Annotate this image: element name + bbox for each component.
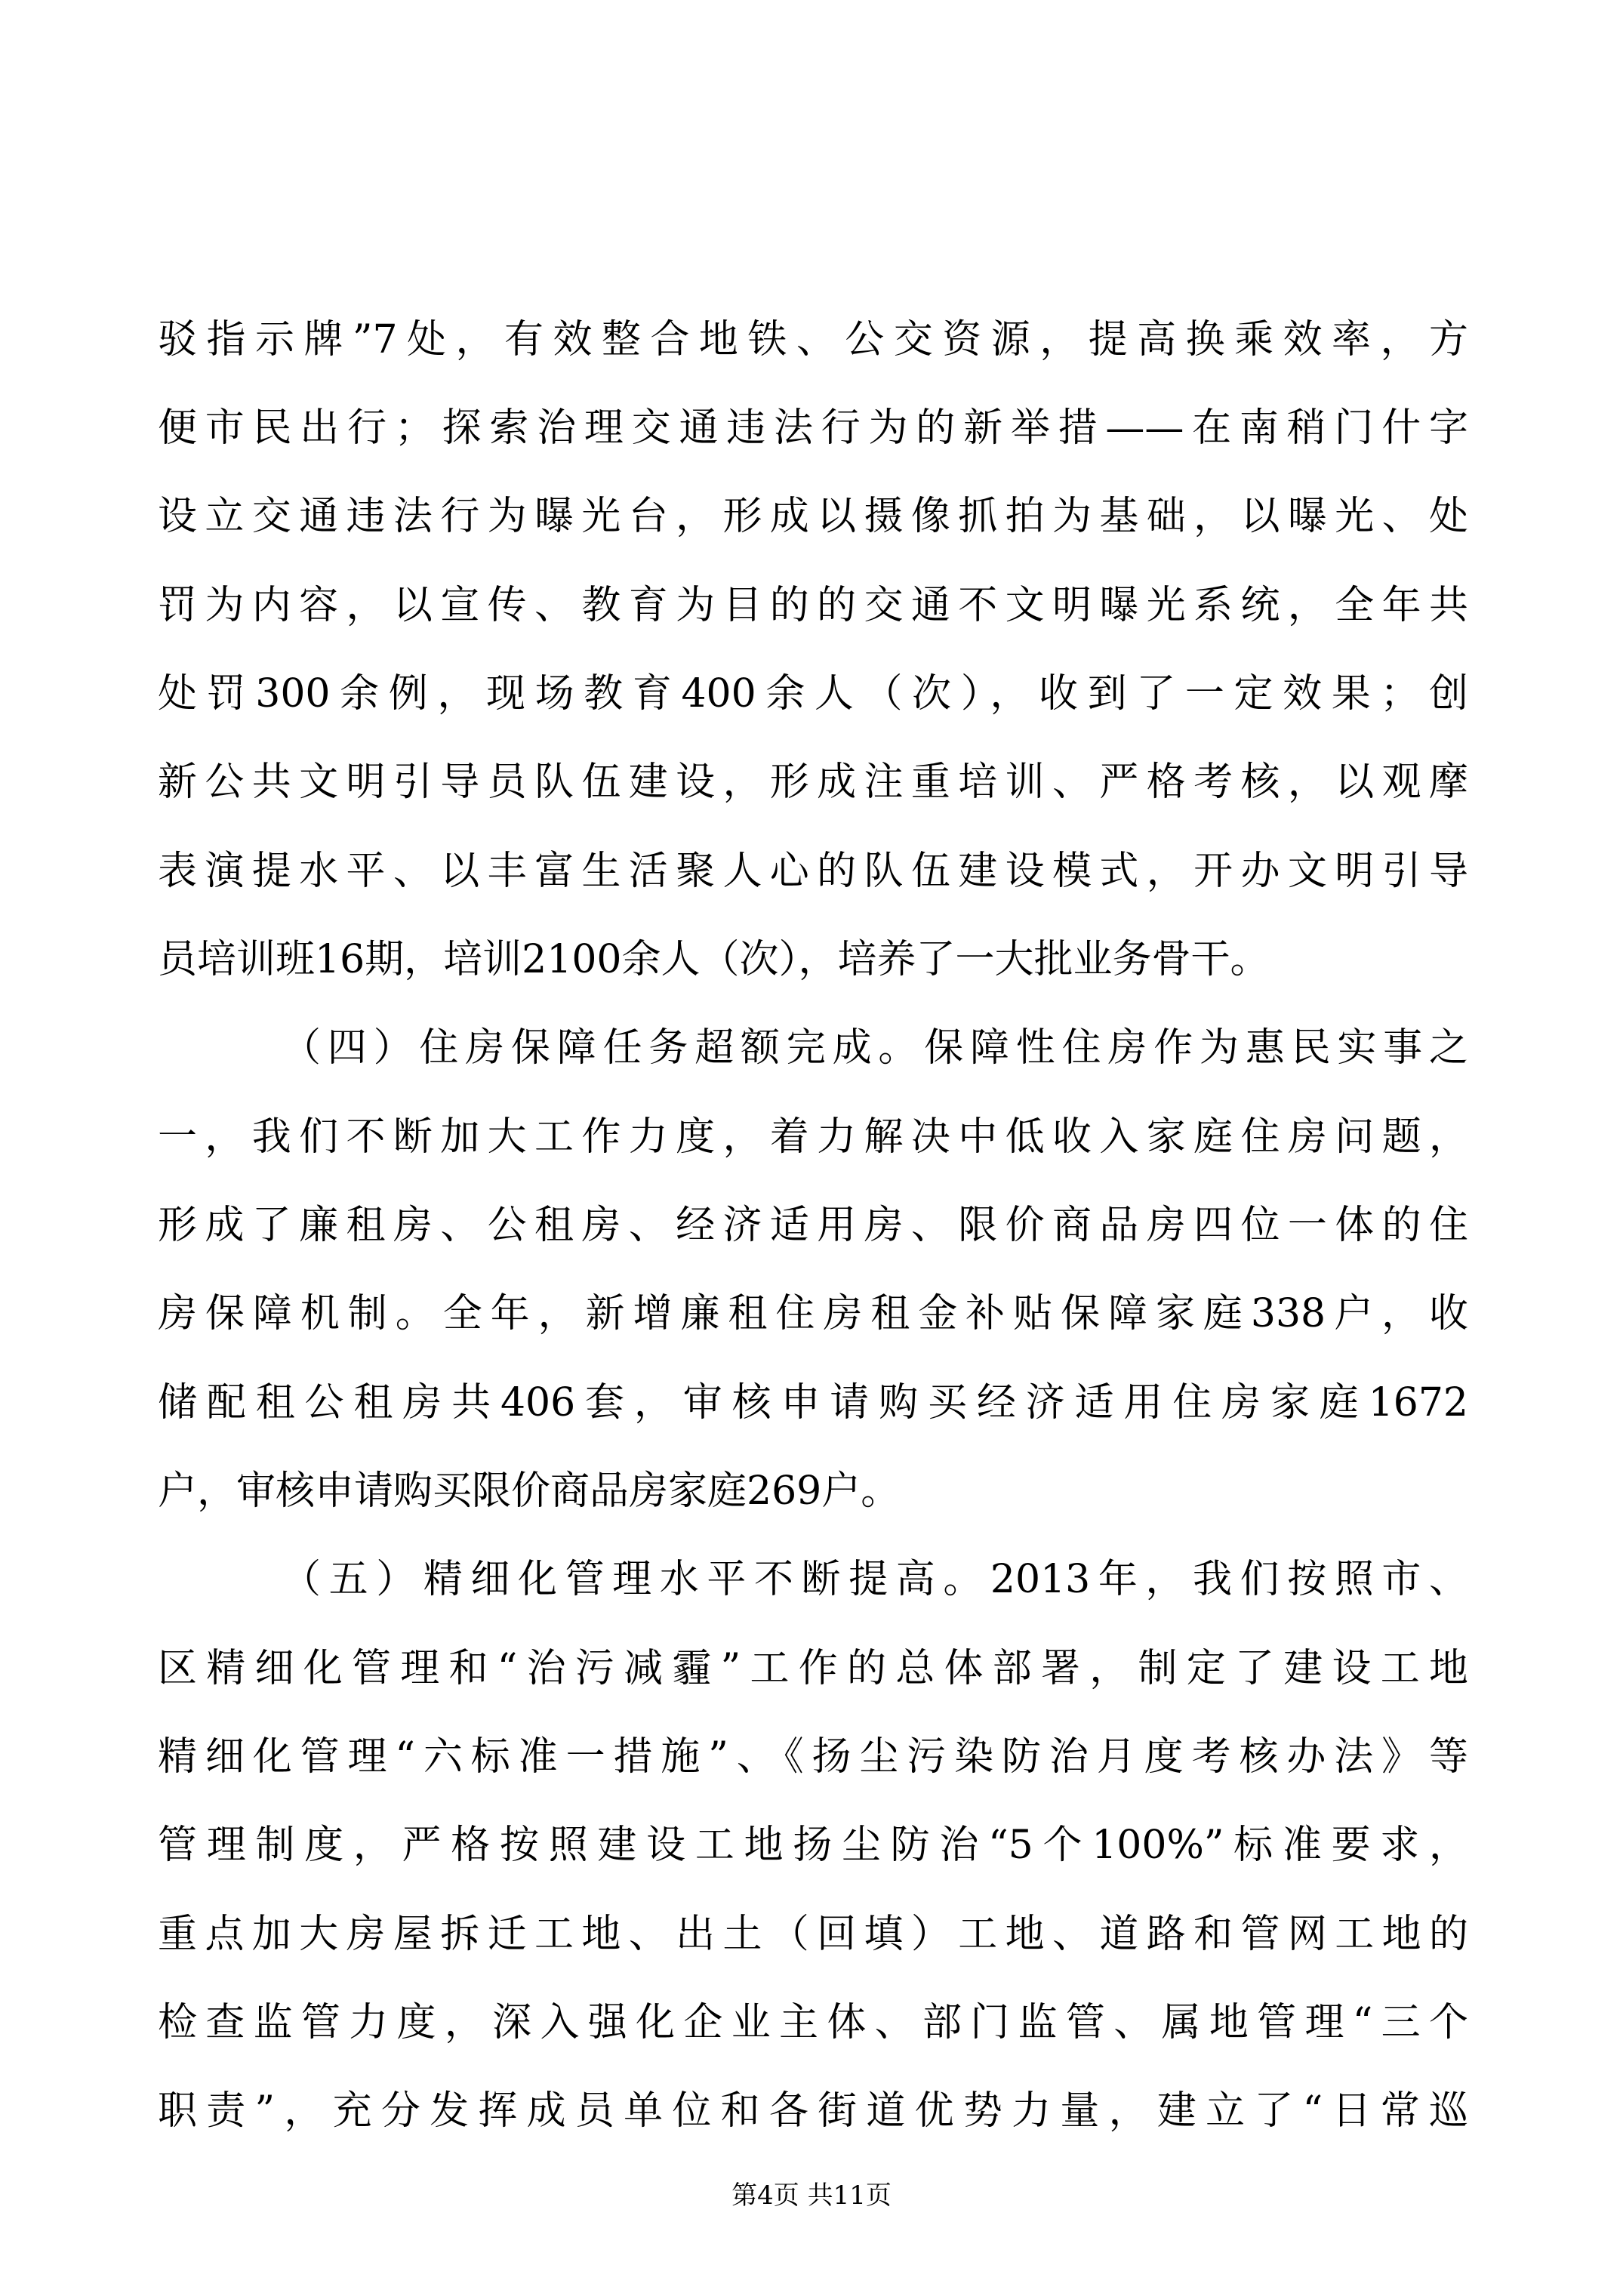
body-line: 储配租公租房共406套，审核申请购买经济适用住房家庭1672 <box>158 1359 1468 1447</box>
body-line: 新公共文明引导员队伍建设，形成注重培训、严格考核，以观摩 <box>158 738 1468 827</box>
body-line: 房保障机制。全年，新增廉租住房租金补贴保障家庭338户，收 <box>158 1270 1468 1358</box>
body-line: 设立交通违法行为曝光台，形成以摄像抓拍为基础，以曝光、处 <box>158 473 1468 561</box>
body-line: 职责”，充分发挥成员单位和各街道优势力量，建立了“日常巡 <box>158 2067 1468 2156</box>
body-line: 员培训班16期，培训2100余人（次），培养了一大批业务骨干。 <box>158 916 1468 1004</box>
body-line: 驳指示牌”7处，有效整合地铁、公交资源，提高换乘效率，方 <box>158 296 1468 384</box>
section-heading-line: （四）住房保障任务超额完成。保障性住房作为惠民实事之 <box>158 1004 1468 1093</box>
section-heading-line: （五）精细化管理水平不断提高。2013年，我们按照市、 <box>158 1536 1468 1624</box>
body-line: 管理制度，严格按照建设工地扬尘防治“5个100%”标准要求， <box>158 1801 1468 1890</box>
body-line: 检查监管力度，深入强化企业主体、部门监管、属地管理“三个 <box>158 1979 1468 2067</box>
body-line: 表演提水平、以丰富生活聚人心的队伍建设模式，开办文明引导 <box>158 827 1468 916</box>
body-line: 便市民出行；探索治理交通违法行为的新举措——在南稍门什字 <box>158 384 1468 473</box>
document-page: 驳指示牌”7处，有效整合地铁、公交资源，提高换乘效率，方 便市民出行；探索治理交… <box>0 0 1623 2296</box>
body-line: 形成了廉租房、公租房、经济适用房、限价商品房四位一体的住 <box>158 1182 1468 1270</box>
body-line: 罚为内容，以宣传、教育为目的的交通不文明曝光系统，全年共 <box>158 562 1468 650</box>
body-line: 区精细化管理和“治污减霾”工作的总体部署，制定了建设工地 <box>158 1625 1468 1713</box>
body-line: 一，我们不断加大工作力度，着力解决中低收入家庭住房问题， <box>158 1093 1468 1182</box>
body-line: 户，审核申请购买限价商品房家庭269户。 <box>158 1447 1468 1536</box>
body-line: 重点加大房屋拆迁工地、出土（回填）工地、道路和管网工地的 <box>158 1891 1468 1979</box>
body-line: 精细化管理“六标准一措施”、《扬尘污染防治月度考核办法》等 <box>158 1713 1468 1801</box>
page-number-footer: 第4页 共11页 <box>0 2174 1623 2211</box>
body-line: 处罚300余例，现场教育400余人（次），收到了一定效果；创 <box>158 650 1468 738</box>
